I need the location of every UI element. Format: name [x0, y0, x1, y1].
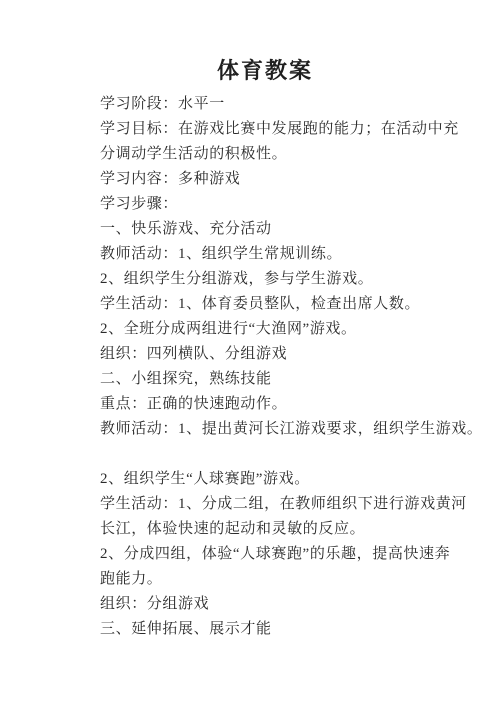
- doc-line-section-1-heading: 一、快乐游戏、充分活动: [100, 217, 460, 242]
- blank-line: [100, 442, 460, 467]
- document-page: 体育教案 学习阶段：水平一 学习目标：在游戏比赛中发展跑的能力；在活动中充 分调…: [0, 0, 500, 708]
- doc-line-student-activity-4: 2、分成四组，体验“人球赛跑”的乐趣，提高快速奔: [100, 542, 460, 567]
- doc-line-student-activity-3: 学生活动：1、分成二组，在教师组织下进行游戏黄河: [100, 492, 460, 517]
- doc-line-organization-2: 组织：分组游戏: [100, 592, 460, 617]
- doc-line-learning-goal-1: 学习目标：在游戏比赛中发展跑的能力；在活动中充: [100, 117, 460, 142]
- doc-line-student-activity-1: 学生活动：1、体育委员整队，检查出席人数。: [100, 292, 460, 317]
- doc-line-student-activity-3b: 长江，体验快速的起动和灵敏的反应。: [100, 517, 460, 542]
- page-title: 体育教案: [70, 56, 460, 86]
- doc-line-teacher-activity-1: 教师活动：1、组织学生常规训练。: [100, 242, 460, 267]
- doc-line-organization-1: 组织：四列横队、分组游戏: [100, 342, 460, 367]
- doc-line-section-3-heading: 三、延伸拓展、展示才能: [100, 617, 460, 642]
- doc-line-teacher-activity-2: 2、组织学生分组游戏，参与学生游戏。: [100, 267, 460, 292]
- doc-line-learning-content: 学习内容：多种游戏: [100, 167, 460, 192]
- doc-line-student-activity-2: 2、全班分成两组进行“大渔网”游戏。: [100, 317, 460, 342]
- doc-line-learning-stage: 学习阶段：水平一: [100, 92, 460, 117]
- doc-line-teacher-activity-3: 教师活动：1、提出黄河长江游戏要求，组织学生游戏。: [100, 417, 460, 442]
- doc-line-student-activity-4b: 跑能力。: [100, 567, 460, 592]
- doc-line-teacher-activity-4: 2、组织学生“人球赛跑”游戏。: [100, 467, 460, 492]
- doc-line-section-2-heading: 二、小组探究，熟练技能: [100, 367, 460, 392]
- doc-line-learning-goal-2: 分调动学生活动的积极性。: [100, 142, 460, 167]
- doc-line-key-point: 重点：正确的快速跑动作。: [100, 392, 460, 417]
- doc-line-learning-steps: 学习步骤：: [100, 192, 460, 217]
